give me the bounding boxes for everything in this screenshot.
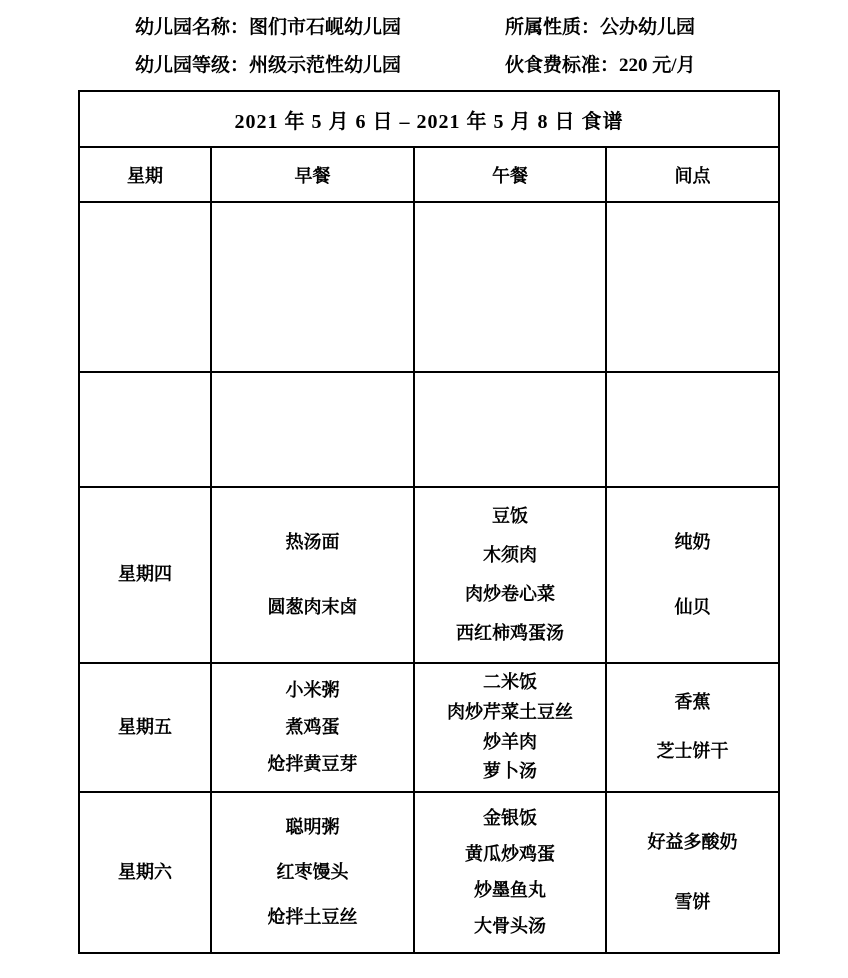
breakfast-cell <box>211 372 414 487</box>
dish-item: 香蕉 <box>675 692 711 714</box>
table-row: 星期五小米粥煮鸡蛋炝拌黄豆芽二米饭肉炒芹菜土豆丝炒羊肉萝卜汤香蕉芝士饼干 <box>79 663 779 792</box>
lunch-cell <box>414 202 606 372</box>
header-row: 星期 早餐 午餐 间点 <box>79 147 779 202</box>
menu-document: 幼儿园名称：图们市石岘幼儿园 所属性质：公办幼儿园 幼儿园等级：州级示范性幼儿园… <box>0 0 848 978</box>
lunch-cell: 二米饭肉炒芹菜土豆丝炒羊肉萝卜汤 <box>414 663 606 792</box>
dish-item: 大骨头汤 <box>474 916 546 938</box>
header-snack: 间点 <box>606 147 779 202</box>
dish-item: 星期五 <box>118 717 172 739</box>
dish-item: 黄瓜炒鸡蛋 <box>465 844 555 866</box>
dish-item: 萝卜汤 <box>483 761 537 783</box>
dish-item: 木须肉 <box>483 545 537 567</box>
dish-item: 纯奶 <box>675 532 711 554</box>
dish-item: 热汤面 <box>286 532 340 554</box>
dish-item: 煮鸡蛋 <box>286 717 340 739</box>
title-row: 2021 年 5 月 6 日 – 2021 年 5 月 8 日 食谱 <box>79 91 779 147</box>
day-cell: 星期五 <box>79 663 211 792</box>
kindergarten-info: 幼儿园名称：图们市石岘幼儿园 所属性质：公办幼儿园 幼儿园等级：州级示范性幼儿园… <box>0 0 848 82</box>
dish-item: 红枣馒头 <box>277 862 349 884</box>
lunch-cell: 豆饭木须肉肉炒卷心菜西红柿鸡蛋汤 <box>414 487 606 663</box>
breakfast-cell: 热汤面圆葱肉末卤 <box>211 487 414 663</box>
day-cell <box>79 372 211 487</box>
menu-table-body: 星期四热汤面圆葱肉末卤豆饭木须肉肉炒卷心菜西红柿鸡蛋汤纯奶仙贝星期五小米粥煮鸡蛋… <box>79 202 779 953</box>
dish-item: 好益多酸奶 <box>648 832 738 854</box>
header-lunch: 午餐 <box>414 147 606 202</box>
dish-item: 炒墨鱼丸 <box>474 880 546 902</box>
lunch-cell: 金银饭黄瓜炒鸡蛋炒墨鱼丸大骨头汤 <box>414 792 606 953</box>
dish-item: 圆葱肉末卤 <box>268 597 358 619</box>
meal-fee-field: 伙食费标准：220 元/月 <box>505 50 696 77</box>
dish-item: 星期六 <box>118 862 172 884</box>
day-cell <box>79 202 211 372</box>
breakfast-cell <box>211 202 414 372</box>
header-day: 星期 <box>79 147 211 202</box>
dish-item: 雪饼 <box>675 892 711 914</box>
snack-cell <box>606 372 779 487</box>
dish-item: 豆饭 <box>492 506 528 528</box>
table-row: 星期六聪明粥红枣馒头炝拌土豆丝金银饭黄瓜炒鸡蛋炒墨鱼丸大骨头汤好益多酸奶雪饼 <box>79 792 779 953</box>
day-cell: 星期六 <box>79 792 211 953</box>
dish-item: 星期四 <box>118 564 172 586</box>
breakfast-cell: 聪明粥红枣馒头炝拌土豆丝 <box>211 792 414 953</box>
menu-table: 2021 年 5 月 6 日 – 2021 年 5 月 8 日 食谱 星期 早餐… <box>78 90 780 954</box>
snack-cell: 好益多酸奶雪饼 <box>606 792 779 953</box>
ownership-type-field: 所属性质：公办幼儿园 <box>505 12 695 39</box>
dish-item: 炒羊肉 <box>483 732 537 754</box>
dish-item: 金银饭 <box>483 808 537 830</box>
lunch-cell <box>414 372 606 487</box>
info-row-2: 幼儿园等级：州级示范性幼儿园 伙食费标准：220 元/月 <box>135 44 848 82</box>
table-row <box>79 202 779 372</box>
dish-item: 芝士饼干 <box>657 741 729 763</box>
info-row-1: 幼儿园名称：图们市石岘幼儿园 所属性质：公办幼儿园 <box>135 6 848 44</box>
dish-item: 肉炒芹菜土豆丝 <box>447 702 573 724</box>
dish-item: 二米饭 <box>483 672 537 694</box>
dish-item: 炝拌土豆丝 <box>268 907 358 929</box>
dish-item: 西红柿鸡蛋汤 <box>456 623 564 645</box>
dish-item: 炝拌黄豆芽 <box>268 754 358 776</box>
table-title: 2021 年 5 月 6 日 – 2021 年 5 月 8 日 食谱 <box>79 91 779 147</box>
snack-cell: 纯奶仙贝 <box>606 487 779 663</box>
snack-cell <box>606 202 779 372</box>
dish-item: 仙贝 <box>675 597 711 619</box>
kindergarten-name-field: 幼儿园名称：图们市石岘幼儿园 <box>135 12 505 39</box>
kindergarten-grade-field: 幼儿园等级：州级示范性幼儿园 <box>135 50 505 77</box>
day-cell: 星期四 <box>79 487 211 663</box>
dish-item: 聪明粥 <box>286 817 340 839</box>
dish-item: 肉炒卷心菜 <box>465 584 555 606</box>
table-row <box>79 372 779 487</box>
header-breakfast: 早餐 <box>211 147 414 202</box>
table-row: 星期四热汤面圆葱肉末卤豆饭木须肉肉炒卷心菜西红柿鸡蛋汤纯奶仙贝 <box>79 487 779 663</box>
dish-item: 小米粥 <box>286 680 340 702</box>
snack-cell: 香蕉芝士饼干 <box>606 663 779 792</box>
breakfast-cell: 小米粥煮鸡蛋炝拌黄豆芽 <box>211 663 414 792</box>
